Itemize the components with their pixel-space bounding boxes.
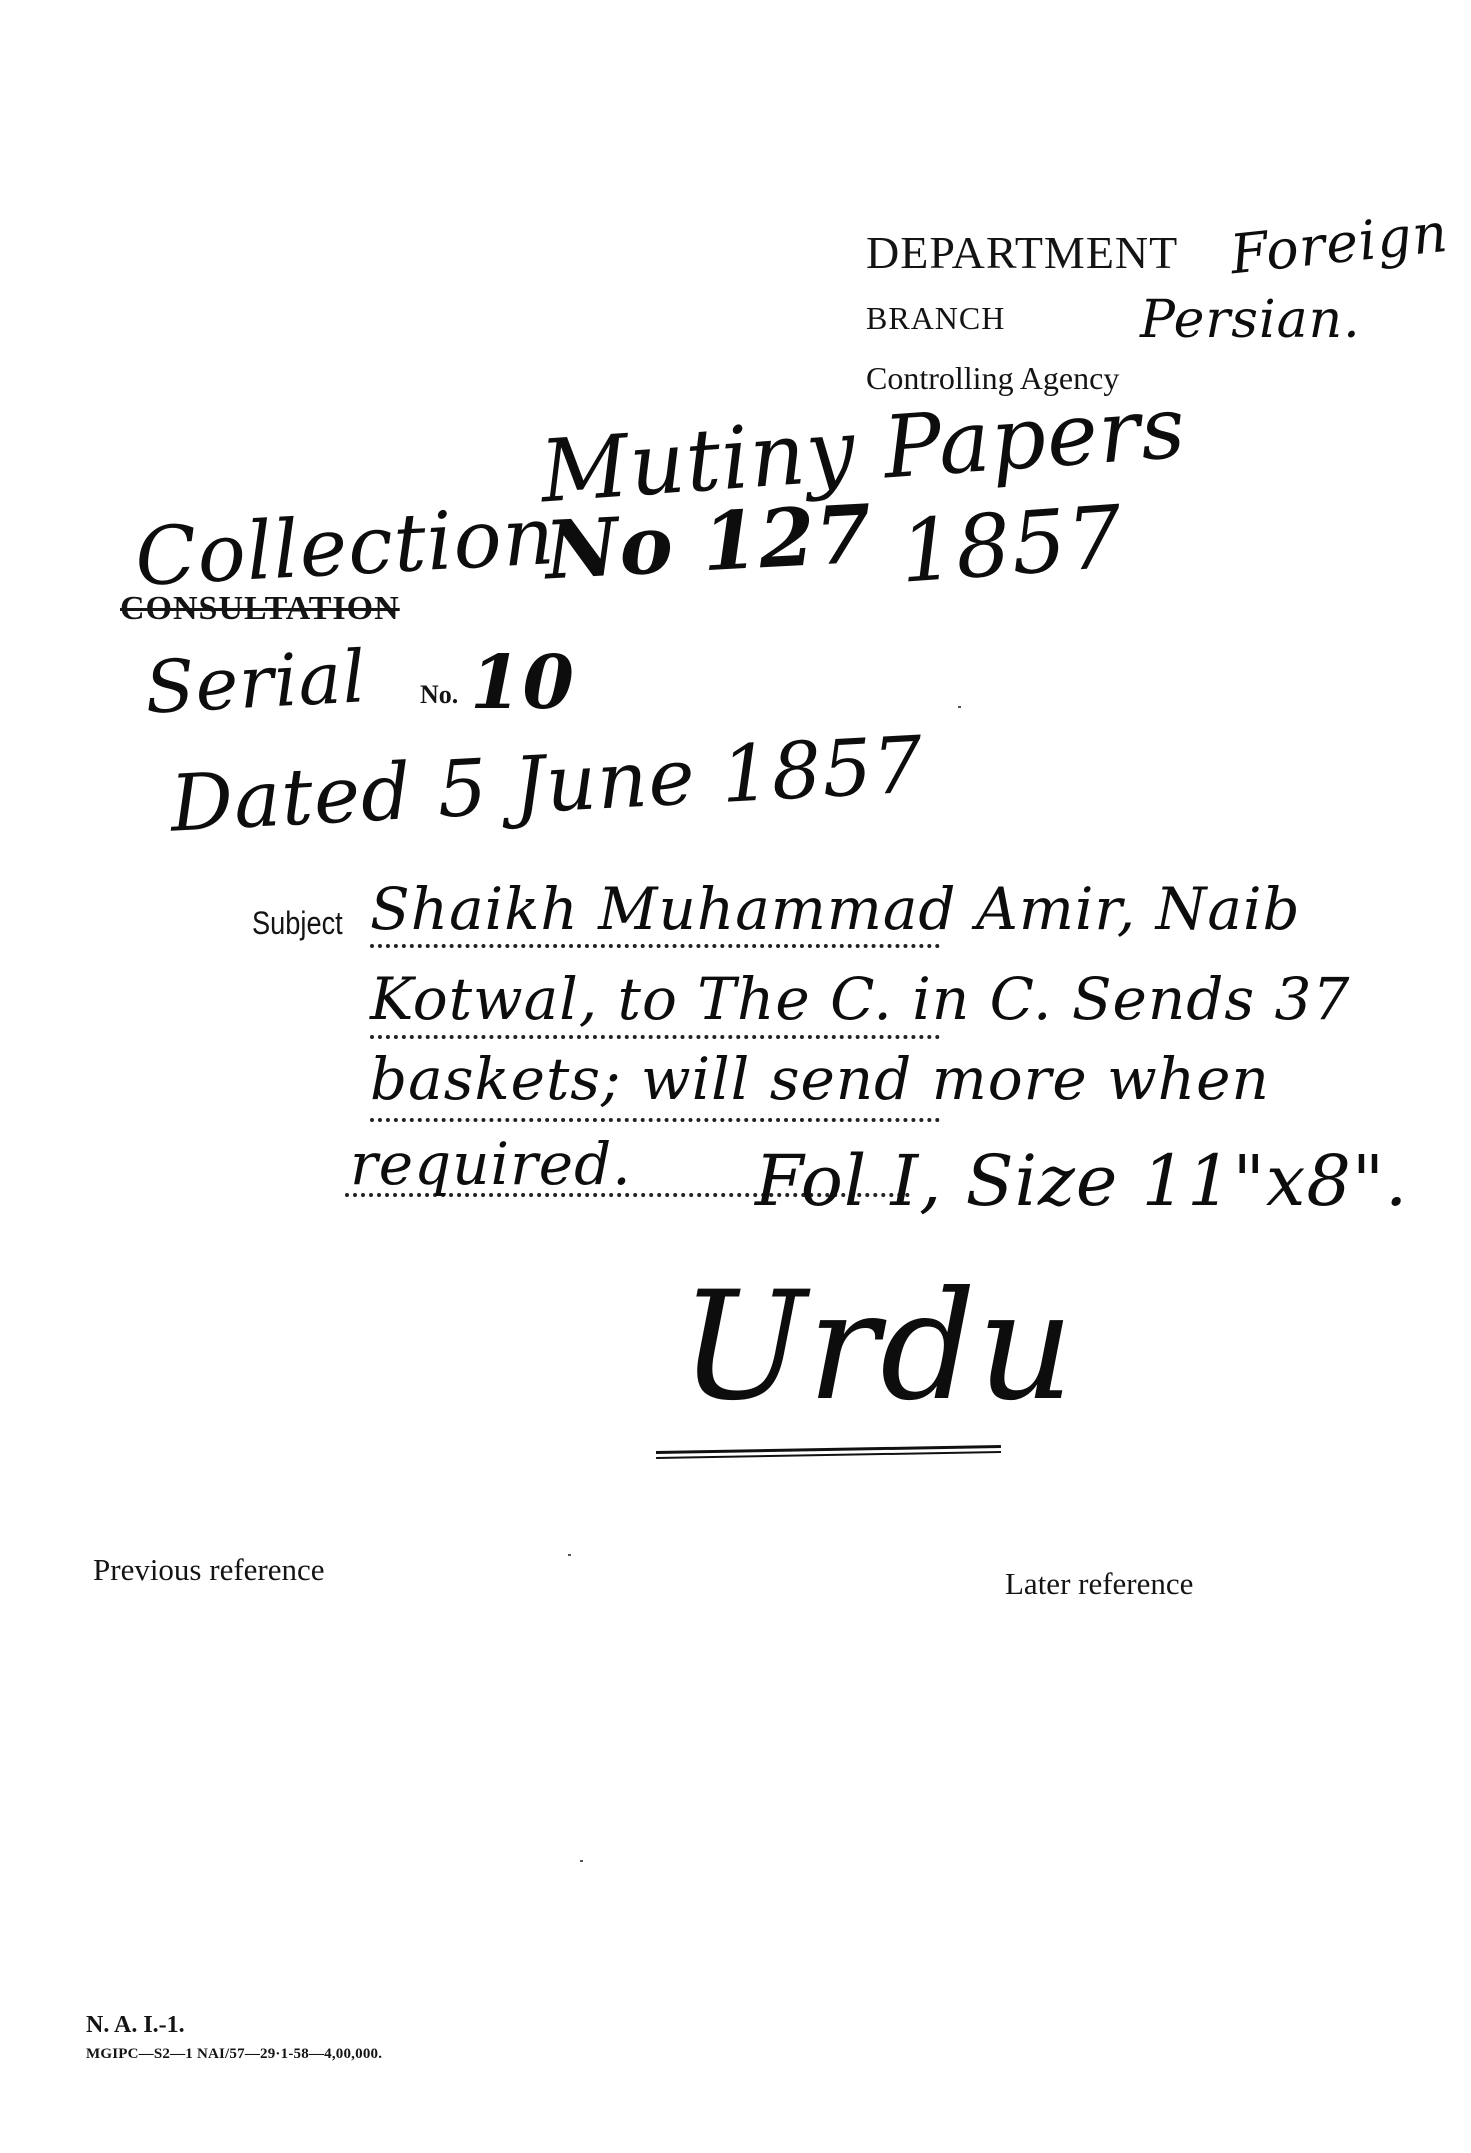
collection-label: Collection bbox=[133, 489, 557, 604]
department-value: Foreign bbox=[1227, 201, 1451, 286]
collection-number: No 127 bbox=[543, 486, 875, 597]
serial-label: Serial bbox=[143, 634, 368, 729]
previous-reference-label: Previous reference bbox=[93, 1552, 325, 1588]
subject-line-3: baskets; will send more when bbox=[370, 1045, 1270, 1113]
language-underline bbox=[656, 1445, 1001, 1459]
subject-line-2: Kotwal, to The C. in C. Sends 37 bbox=[370, 965, 1350, 1033]
language-field: Urdu bbox=[680, 1260, 1075, 1434]
dated-field: Dated 5 June 1857 bbox=[168, 720, 926, 849]
branch-label: BRANCH bbox=[866, 300, 1005, 337]
serial-value: 10 bbox=[470, 640, 575, 726]
printer-imprint: MGIPC—S2—1 NAI/57—29·1-58—4,00,000. bbox=[86, 2046, 382, 2063]
collection-year: 1857 bbox=[897, 487, 1126, 602]
dotted-line-2 bbox=[370, 1035, 940, 1039]
dotted-line-3 bbox=[370, 1118, 940, 1122]
subject-line-1: Shaikh Muhammad Amir, Naib bbox=[370, 875, 1301, 943]
department-label: DEPARTMENT bbox=[866, 226, 1178, 279]
folio-size: Fol I, Size 11"x8". bbox=[755, 1140, 1408, 1222]
later-reference-label: Later reference bbox=[1005, 1566, 1193, 1602]
scan-speck bbox=[958, 706, 961, 708]
subject-line-4: required. bbox=[350, 1130, 632, 1198]
scan-speck bbox=[580, 1860, 583, 1862]
subject-label: Subject bbox=[252, 905, 343, 942]
branch-value: Persian. bbox=[1140, 290, 1361, 350]
consultation-label-struck: CONSULTATION bbox=[120, 590, 400, 628]
dotted-line-1 bbox=[370, 944, 940, 948]
scan-speck bbox=[568, 1554, 571, 1556]
serial-no-label: No. bbox=[420, 680, 458, 710]
form-number: N. A. I.-1. bbox=[86, 2012, 185, 2039]
